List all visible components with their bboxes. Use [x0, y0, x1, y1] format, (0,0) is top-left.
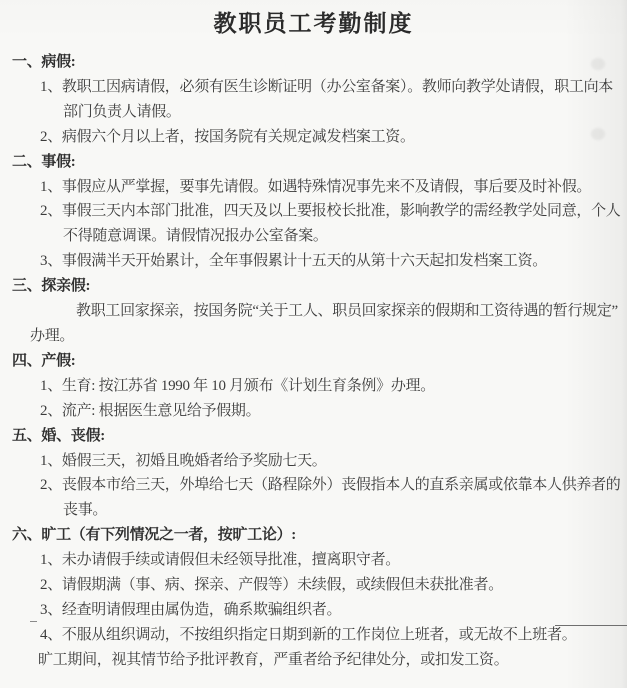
personal-leave-item2-line2: 不得随意调课。请假情况报办公室备案。: [0, 224, 627, 249]
personal-leave-item2-line1: 2、事假三天内本部门批准，四天及以上要报校长批准，影响教学的需经教学处同意，个人: [0, 199, 627, 224]
maternity-leave-item1: 1、生育: 按江苏省 1990 年 10 月颁布《计划生育条例》办理。: [0, 374, 627, 399]
document-body: 一、病假: 1、教职工因病请假，必须有医生诊断证明（办公室备案）。教师向教学处请…: [0, 50, 627, 673]
page-title: 教职员工考勤制度: [0, 8, 627, 40]
marriage-leave-item1: 1、婚假三天，初婚且晚婚者给予奖励七天。: [0, 449, 627, 474]
funeral-leave-item2-line1: 2、丧假本市给三天，外埠给七天（路程除外）丧假指本人的直系亲属或依靠本人供养者的: [0, 473, 627, 498]
family-visit-para-line1: 教职工回家探亲，按国务院“关于工人、职员回家探亲的假期和工资待遇的暂行规定”: [0, 299, 627, 324]
absenteeism-item1: 1、未办请假手续或请假但未经领导批准，擅离职守者。: [0, 548, 627, 573]
absenteeism-item2: 2、请假期满（事、病、探亲、产假等）未续假，或续假但未获批准者。: [0, 573, 627, 598]
sick-leave-item1-line1: 1、教职工因病请假，必须有医生诊断证明（办公室备案）。教师向教学处请假，职工向本: [0, 75, 627, 100]
scan-smudge: [591, 58, 605, 70]
section-heading-family-visit-leave: 三、探亲假:: [0, 274, 627, 299]
absenteeism-item3: 3、经查明请假理由属伪造，确系欺骗组织者。: [0, 598, 627, 623]
personal-leave-item1: 1、事假应从严掌握，要事先请假。如遇特殊情况事先来不及请假，事后要及时补假。: [0, 175, 627, 200]
scan-smudge: [591, 128, 605, 140]
section-heading-personal-leave: 二、事假:: [0, 150, 627, 175]
funeral-leave-item2-line2: 丧事。: [0, 498, 627, 523]
scan-dash-mark: [30, 621, 37, 622]
section-heading-maternity-leave: 四、产假:: [0, 349, 627, 374]
maternity-leave-item2: 2、流产: 根据医生意见给予假期。: [0, 399, 627, 424]
sick-leave-item1-line2: 部门负责人请假。: [0, 100, 627, 125]
sick-leave-item2: 2、病假六个月以上者，按国务院有关规定减发档案工资。: [0, 125, 627, 150]
section-heading-marriage-funeral-leave: 五、婚、丧假:: [0, 424, 627, 449]
scan-stray-line: [555, 625, 627, 626]
personal-leave-item3: 3、事假满半天开始累计，全年事假累计十五天的从第十六天起扣发档案工资。: [0, 249, 627, 274]
section-heading-sick-leave: 一、病假:: [0, 50, 627, 75]
family-visit-para-line2: 办理。: [0, 324, 627, 349]
document-page: 教职员工考勤制度 一、病假: 1、教职工因病请假，必须有医生诊断证明（办公室备案…: [0, 0, 627, 688]
absenteeism-item4: 4、不服从组织调动，不按组织指定日期到新的工作岗位上班者，或无故不上班者。: [0, 623, 627, 648]
section-heading-absenteeism: 六、旷工（有下列情况之一者，按旷工论）:: [0, 523, 627, 548]
absenteeism-penalty-note: 旷工期间，视其情节给予批评教育，严重者给予纪律处分，或扣发工资。: [0, 648, 627, 673]
